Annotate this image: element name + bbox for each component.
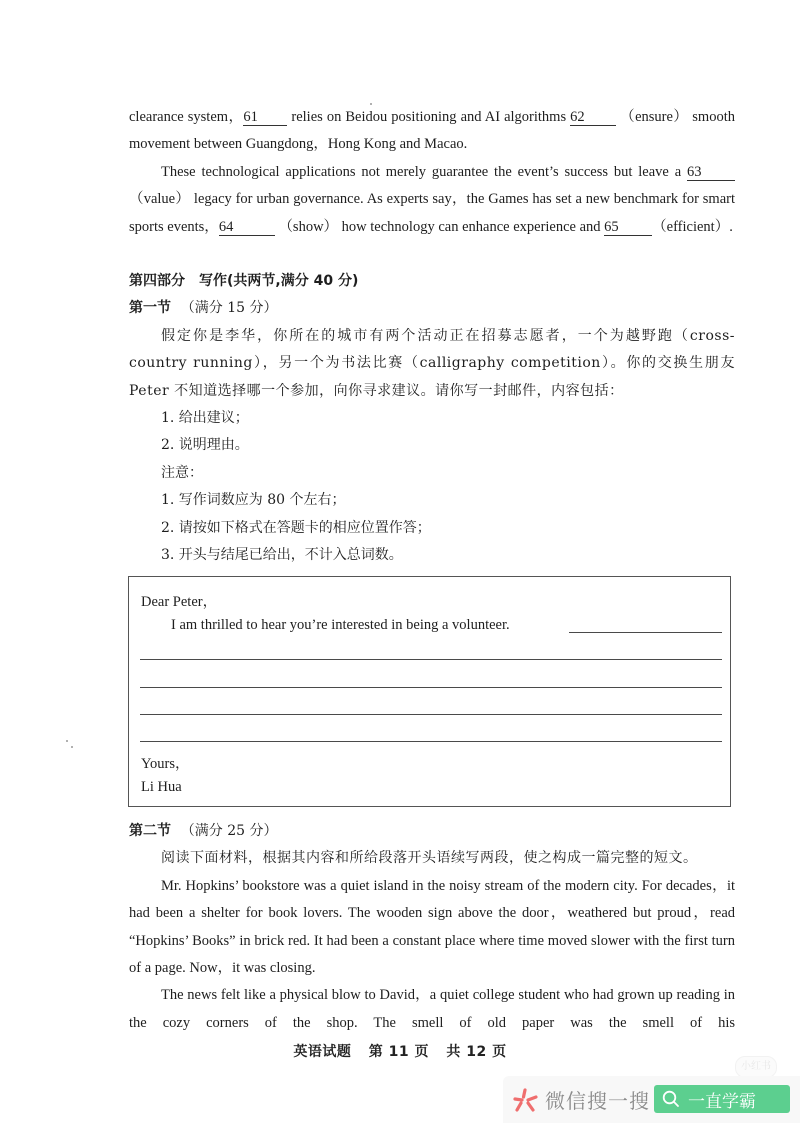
blank-61: 61 (243, 109, 287, 126)
blank-65: 65 (604, 219, 652, 236)
blank-64: 64 (219, 219, 275, 236)
section1-prompt: 假定你是李华，你所在的城市有两个活动正在招募志愿者，一个为越野跑（cross-c… (129, 323, 735, 405)
passage-para-2: These technological applications not mer… (129, 159, 735, 241)
scan-speck (66, 740, 68, 742)
section2-instruction: 阅读下面材料，根据其内容和所给段落开头语续写两段，使之构成一篇完整的短文。 (129, 845, 735, 872)
requirement-1: 1. 给出建议； (129, 405, 735, 432)
story-para-2: The news felt like a physical blow to Da… (129, 982, 735, 1037)
section1-title: 第一节 （满分 15 分） (129, 295, 735, 322)
letter-opening: I am thrilled to hear you’re interested … (171, 617, 510, 634)
note-1: 1. 写作词数应为 80 个左右； (129, 487, 735, 514)
wechat-search-icon (512, 1088, 538, 1112)
footer-page-number: 第 11 页 (369, 1044, 429, 1060)
page-footer: 英语试题 第 11 页 共 12 页 (0, 1041, 800, 1061)
footer-subject: 英语试题 (293, 1044, 351, 1060)
search-button[interactable]: 一直学霸 (654, 1085, 790, 1113)
search-icon (662, 1090, 680, 1108)
answer-line-2 (140, 659, 722, 660)
blank-62: 62 (570, 109, 616, 126)
letter-signature: Li Hua (141, 779, 182, 796)
notes-label: 注意： (129, 460, 735, 487)
section2: 第二节 （满分 25 分） 阅读下面材料，根据其内容和所给段落开头语续写两段，使… (129, 818, 735, 1037)
answer-line-1 (569, 632, 722, 633)
story-para-1: Mr. Hopkins’ bookstore was a quiet islan… (129, 873, 735, 983)
passage-para-1: clearance system，61 relies on Beidou pos… (129, 104, 735, 159)
letter-salutation: Dear Peter， (141, 590, 217, 611)
answer-line-3 (140, 687, 722, 688)
letter-closing: Yours， (141, 752, 190, 773)
wechat-search-banner[interactable]: 微信搜一搜 一直学霸 (503, 1076, 800, 1123)
note-3: 3. 开头与结尾已给出，不计入总词数。 (129, 542, 735, 569)
scan-speck (71, 746, 73, 748)
letter-answer-box: Dear Peter， I am thrilled to hear you’re… (128, 576, 731, 807)
part4-title: 第四部分 写作(共两节,满分 40 分) (129, 268, 735, 295)
section2-title: 第二节 （满分 25 分） (129, 818, 735, 845)
blank-63: 63 (687, 164, 735, 181)
footer-total-pages: 共 12 页 (446, 1044, 506, 1060)
xiaohongshu-watermark: 小红书 (735, 1056, 777, 1078)
search-query-text: 一直学霸 (688, 1087, 756, 1112)
wechat-search-label: 微信搜一搜 (545, 1085, 650, 1114)
scan-speck (370, 103, 372, 105)
note-2: 2. 请按如下格式在答题卡的相应位置作答； (129, 515, 735, 542)
part4-section: 第四部分 写作(共两节,满分 40 分) 第一节 （满分 15 分） 假定你是李… (129, 268, 735, 569)
grammar-passage-tail: clearance system，61 relies on Beidou pos… (129, 104, 735, 241)
requirement-2: 2. 说明理由。 (129, 432, 735, 459)
answer-line-4 (140, 714, 722, 715)
answer-line-5 (140, 741, 722, 742)
